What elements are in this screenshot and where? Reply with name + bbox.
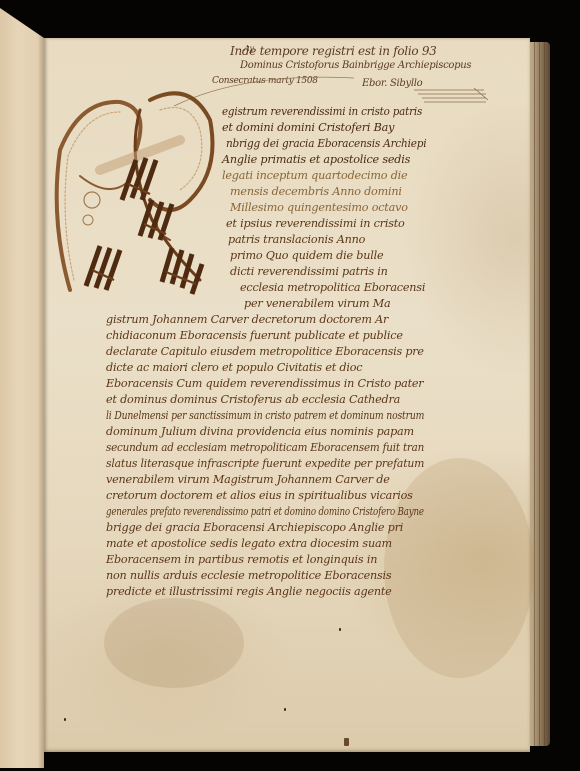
text-line: dicti reverendissimi patris in [230, 264, 388, 280]
stain [104, 598, 244, 688]
initial-r-icon [40, 80, 230, 310]
header-note: Inde tempore registri est in folio 93 [230, 44, 436, 58]
text-line: et dominus dominus Cristoferus ab eccles… [106, 392, 400, 408]
text-line: dicte ac maiori clero et populo Civitati… [106, 360, 362, 376]
decorated-initial [52, 90, 222, 310]
text-line: et domini domini Cristoferi Bay [222, 120, 394, 136]
text-line: venerabilem virum Magistrum Johannem Car… [106, 472, 390, 488]
text-line: Millesimo quingentesimo octavo [230, 200, 408, 216]
text-line: nbrigg dei gracia Eboracensis Archiepi [226, 136, 426, 152]
text-line: li Dunelmensi per sanctissimum in cristo… [106, 408, 424, 424]
text-line: legati inceptum quartodecimo die [222, 168, 407, 184]
text-line: slatus literasque infrascripte fuerunt e… [106, 456, 424, 472]
text-line: predicte et illustrissimi regis Anglie n… [106, 584, 392, 600]
text-line: et ipsius reverendissimi in cristo [226, 216, 405, 232]
text-line: Eboracensem in partibus remotis et longi… [106, 552, 377, 568]
text-line: Eboracensis Cum quidem reverendissimus i… [106, 376, 423, 392]
text-line: primo Quo quidem die bulle [230, 248, 383, 264]
text-line: dominum Julium divina providencia eius n… [106, 424, 414, 440]
text-line: chidiaconum Eboracensis fuerunt publicat… [106, 328, 403, 344]
speck [284, 708, 286, 711]
text-line: secundum ad ecclesiam metropoliticam Ebo… [106, 440, 424, 456]
text-line: gistrum Johannem Carver decretorum docto… [106, 312, 388, 328]
flourish-lines [404, 86, 494, 106]
text-line: egistrum reverendissimi in cristo patris [222, 104, 422, 120]
flyleaf [0, 8, 44, 768]
speck [64, 718, 66, 721]
text-line: brigge dei gracia Eboracensi Archiepisco… [106, 520, 403, 536]
text-line: declarate Capitulo eiusdem metropolitice… [106, 344, 424, 360]
text-line: non nullis arduis ecclesie metropolitice… [106, 568, 391, 584]
text-line: generales prefato reverendissimo patri e… [106, 504, 424, 520]
text-line: mensis decembris Anno domini [230, 184, 402, 200]
speck [344, 738, 349, 746]
text-line: per venerabilem virum Ma [244, 296, 391, 312]
text-line: cretorum doctorem et alios eius in spiri… [106, 488, 413, 504]
text-line: mate et apostolice sedis legato extra di… [106, 536, 392, 552]
text-line: Anglie primatis et apostolice sedis [222, 152, 410, 168]
text-line: ecclesia metropolitica Eboracensi [240, 280, 425, 296]
text-line: patris translacionis Anno [228, 232, 365, 248]
speck [339, 628, 341, 631]
